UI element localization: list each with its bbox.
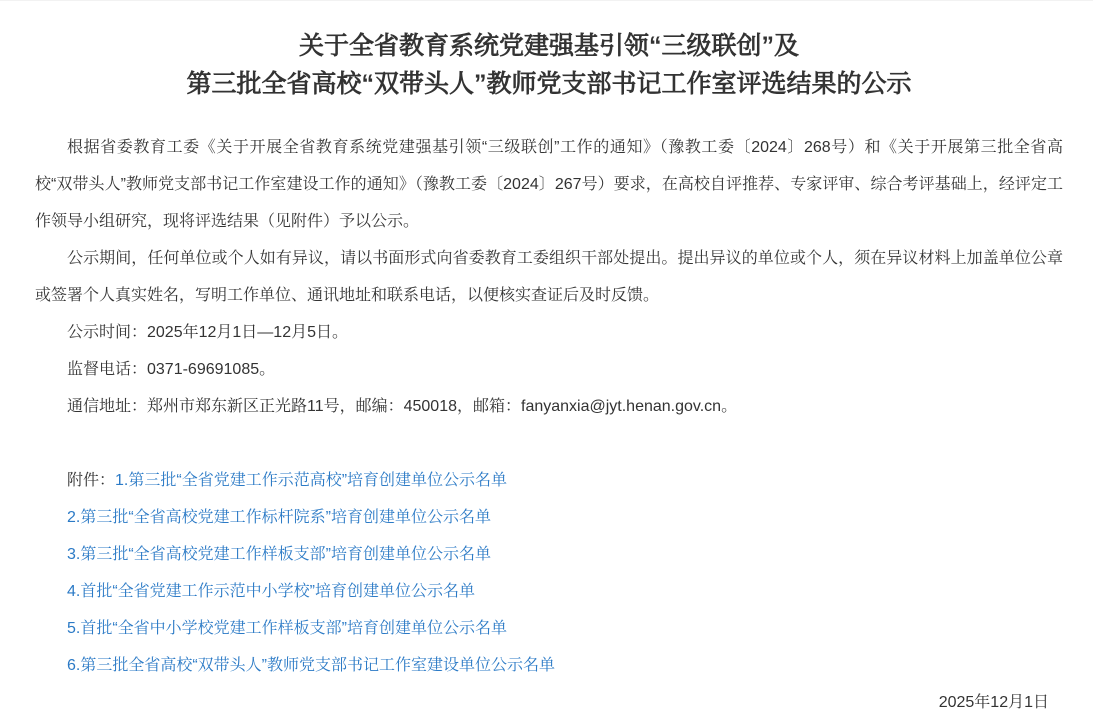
document-page: 关于全省教育系统党建强基引领“三级联创”及 第三批全省高校“双带头人”教师党支部… (0, 1, 1093, 728)
attachments-label: 附件： (67, 472, 115, 489)
attachments-list: 附件：1.第三批“全省党建工作示范高校”培育创建单位公示名单 2.第三批“全省高… (35, 462, 1063, 684)
attachment-row-1: 附件：1.第三批“全省党建工作示范高校”培育创建单位公示名单 (35, 462, 1063, 499)
attachment-row-3: 3.第三批“全省高校党建工作样板支部”培育创建单位公示名单 (35, 536, 1063, 573)
attachment-link-2[interactable]: 2.第三批“全省高校党建工作标杆院系”培育创建单位公示名单 (67, 509, 491, 526)
page-title-line1: 关于全省教育系统党建强基引领“三级联创”及 (35, 27, 1063, 65)
attachment-row-4: 4.首批“全省党建工作示范中小学校”培育创建单位公示名单 (35, 573, 1063, 610)
attachment-row-5: 5.首批“全省中小学校党建工作样板支部”培育创建单位公示名单 (35, 610, 1063, 647)
document-body: 根据省委教育工委《关于开展全省教育系统党建强基引领“三级联创”工作的通知》（豫教… (35, 129, 1063, 425)
attachment-row-2: 2.第三批“全省高校党建工作标杆院系”培育创建单位公示名单 (35, 499, 1063, 536)
mailing-address-line: 通信地址：郑州市郑东新区正光路11号，邮编：450018，邮箱：fanyanxi… (35, 388, 1063, 425)
publicity-period-line: 公示时间：2025年12月1日—12月5日。 (35, 314, 1063, 351)
publish-date: 2025年12月1日 (35, 684, 1063, 721)
paragraph-objection: 公示期间，任何单位或个人如有异议，请以书面形式向省委教育工委组织干部处提出。提出… (35, 240, 1063, 314)
paragraph-basis: 根据省委教育工委《关于开展全省教育系统党建强基引领“三级联创”工作的通知》（豫教… (35, 129, 1063, 240)
page-title-line2: 第三批全省高校“双带头人”教师党支部书记工作室评选结果的公示 (35, 65, 1063, 103)
attachment-link-6[interactable]: 6.第三批全省高校“双带头人”教师党支部书记工作室建设单位公示名单 (67, 657, 555, 674)
supervision-phone-line: 监督电话：0371-69691085。 (35, 351, 1063, 388)
attachment-link-3[interactable]: 3.第三批“全省高校党建工作样板支部”培育创建单位公示名单 (67, 546, 491, 563)
attachment-link-4[interactable]: 4.首批“全省党建工作示范中小学校”培育创建单位公示名单 (67, 583, 475, 600)
attachment-row-6: 6.第三批全省高校“双带头人”教师党支部书记工作室建设单位公示名单 (35, 647, 1063, 684)
attachment-link-5[interactable]: 5.首批“全省中小学校党建工作样板支部”培育创建单位公示名单 (67, 620, 507, 637)
attachment-link-1[interactable]: 1.第三批“全省党建工作示范高校”培育创建单位公示名单 (115, 472, 507, 489)
page-title: 关于全省教育系统党建强基引领“三级联创”及 第三批全省高校“双带头人”教师党支部… (35, 27, 1063, 103)
